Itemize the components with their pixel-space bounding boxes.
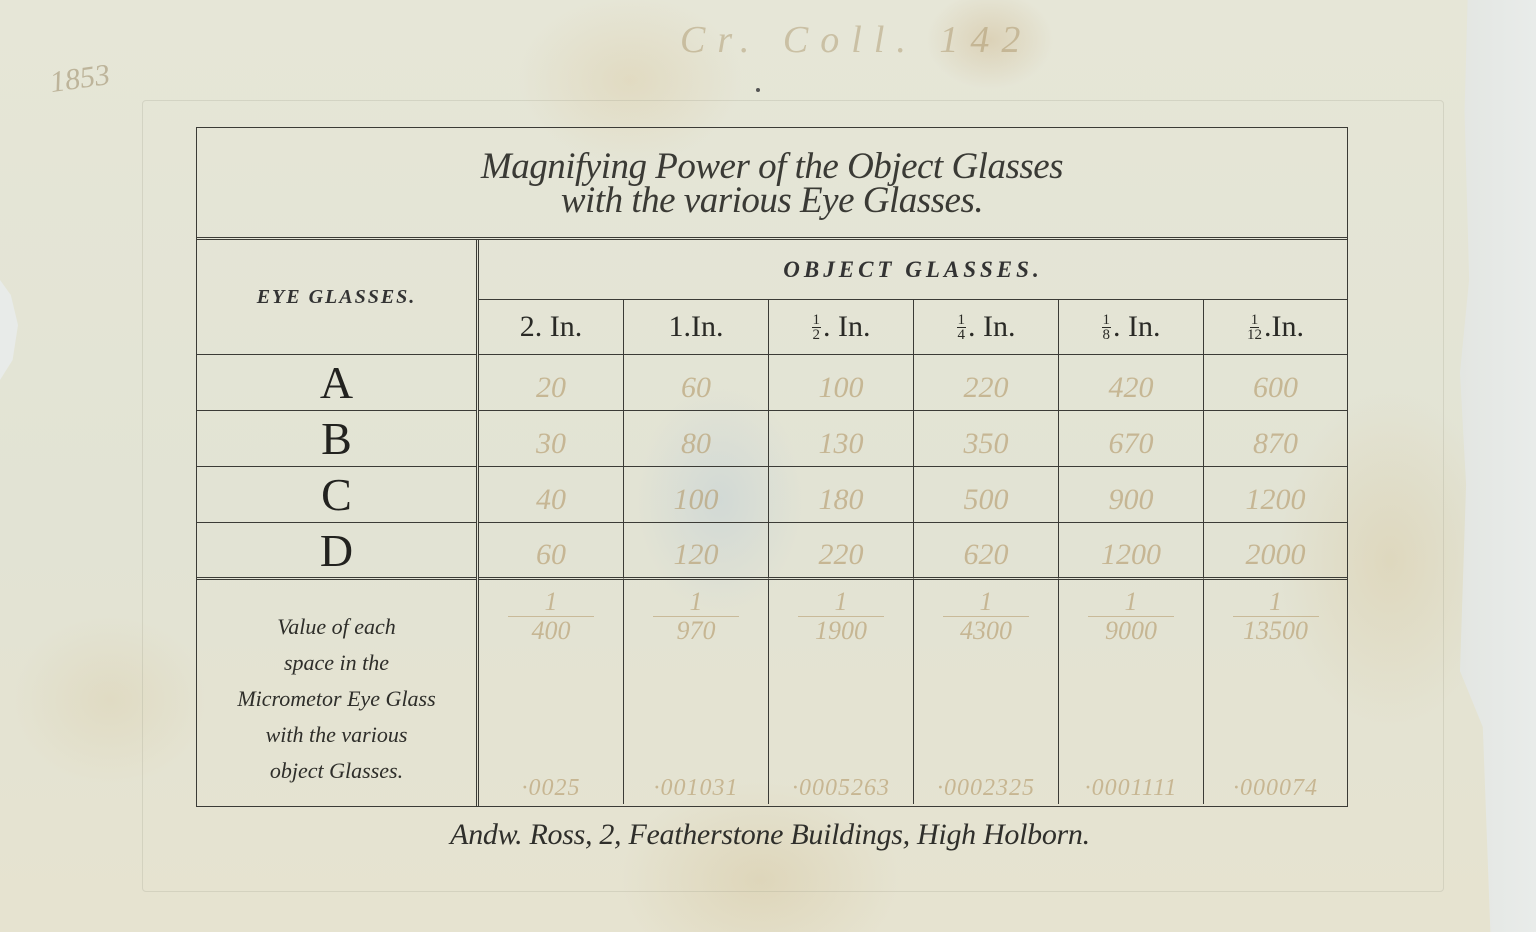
table-row-a: 20 60 100 220 420 600 <box>479 355 1347 411</box>
table-cell: 600 <box>1204 355 1347 411</box>
eye-glasses-header: EYE GLASSES. <box>197 240 476 355</box>
table-cell: 20 <box>479 355 624 411</box>
micrometer-value-cell: 11900 ·0005263 <box>769 580 914 804</box>
value-label-line: space in the <box>237 645 435 681</box>
table-row-d: 60 120 220 620 1200 2000 <box>479 523 1347 580</box>
table-cell: 1200 <box>1059 523 1204 580</box>
object-glasses-header: OBJECT GLASSES. <box>479 240 1347 300</box>
table-cell: 100 <box>769 355 914 411</box>
column-headers: 2. In. 1.In. 12. In. 14. In. 18. In. 112… <box>479 300 1347 355</box>
eye-glass-label: C <box>197 467 476 523</box>
table-cell: 30 <box>479 411 624 467</box>
eye-glass-label: B <box>197 411 476 467</box>
table-cell: 670 <box>1059 411 1204 467</box>
micrometer-value-label: Value of each space in the Micrometor Ey… <box>197 580 476 804</box>
table-cell: 220 <box>914 355 1059 411</box>
ink-dot <box>756 88 760 92</box>
column-header-half-in: 12. In. <box>769 300 914 355</box>
column-header-1in: 1.In. <box>624 300 769 355</box>
micrometer-value-cell: 113500 ·000074 <box>1204 580 1347 804</box>
title-line-2: with the various Eye Glasses. <box>197 184 1347 218</box>
column-header-eighth-in: 18. In. <box>1059 300 1204 355</box>
table-cell: 40 <box>479 467 624 523</box>
micrometer-value-cell: 1400 ·0025 <box>479 580 624 804</box>
magnifying-power-table: Magnifying Power of the Object Glasses w… <box>196 127 1348 807</box>
micrometer-value-cell: 19000 ·0001111 <box>1059 580 1204 804</box>
table-row-c: 40 100 180 500 900 1200 <box>479 467 1347 523</box>
micrometer-value-row: 1400 ·0025 1970 ·001031 11900 ·0005263 1… <box>479 580 1347 804</box>
column-header-2in: 2. In. <box>479 300 624 355</box>
micrometer-value-cell: 1970 ·001031 <box>624 580 769 804</box>
table-cell: 130 <box>769 411 914 467</box>
table-cell: 870 <box>1204 411 1347 467</box>
table-cell: 420 <box>1059 355 1204 411</box>
table-cell: 1200 <box>1204 467 1347 523</box>
column-header-twelfth-in: 112.In. <box>1204 300 1347 355</box>
value-label-line: Micrometor Eye Glass <box>237 681 435 717</box>
table-cell: 60 <box>624 355 769 411</box>
table-cell: 120 <box>624 523 769 580</box>
table-cell: 350 <box>914 411 1059 467</box>
table-row-b: 30 80 130 350 670 870 <box>479 411 1347 467</box>
table-cell: 220 <box>769 523 914 580</box>
table-cell: 620 <box>914 523 1059 580</box>
table-cell: 900 <box>1059 467 1204 523</box>
value-label-line: object Glasses. <box>237 753 435 789</box>
eye-glass-label: A <box>197 355 476 411</box>
eye-glasses-column: EYE GLASSES. A B C D Value of each space… <box>197 240 479 806</box>
value-label-line: Value of each <box>237 609 435 645</box>
table-cell: 2000 <box>1204 523 1347 580</box>
table-cell: 80 <box>624 411 769 467</box>
table-cell: 100 <box>624 467 769 523</box>
title-line-1: Magnifying Power of the Object Glasses <box>197 150 1347 184</box>
table-title: Magnifying Power of the Object Glasses w… <box>197 128 1347 240</box>
eye-glass-label: D <box>197 523 476 580</box>
table-cell: 180 <box>769 467 914 523</box>
maker-imprint: Andw. Ross, 2, Featherstone Buildings, H… <box>340 818 1200 852</box>
table-cell: 60 <box>479 523 624 580</box>
column-header-quarter-in: 14. In. <box>914 300 1059 355</box>
handwritten-collection-note: Cr. Coll. 142 <box>680 18 1032 62</box>
table-cell: 500 <box>914 467 1059 523</box>
object-glasses-area: OBJECT GLASSES. 2. In. 1.In. 12. In. 14.… <box>479 240 1347 806</box>
micrometer-value-cell: 14300 ·0002325 <box>914 580 1059 804</box>
value-label-line: with the various <box>237 717 435 753</box>
